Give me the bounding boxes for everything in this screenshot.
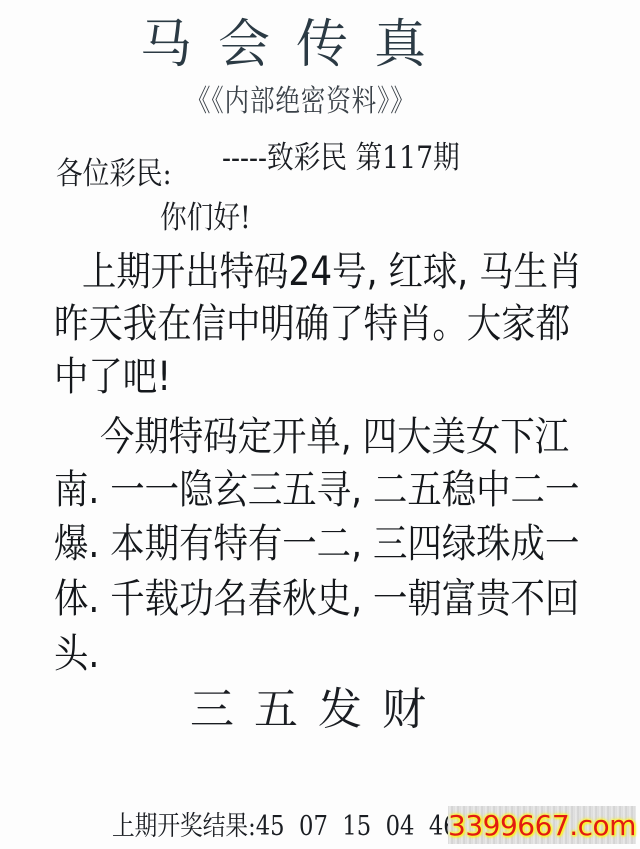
watermark-text: 3399667.com [448, 809, 636, 842]
issue-signature: -----致彩民 第117期 [222, 132, 460, 177]
last-result-label: 上期开奖结果: [112, 811, 256, 842]
body-line: 昨天我在信中明确了特肖。大家都 [54, 292, 570, 349]
slogan: 三五发财 [190, 673, 446, 737]
body-line: 爆. 本期有特有一二, 三四绿珠成一 [54, 512, 579, 569]
body-line: 头. [54, 622, 99, 679]
body-line: 中了吧! [54, 345, 171, 402]
body-line: 体. 千载功名春秋史, 一朝富贵不回 [54, 567, 579, 624]
page-title: 马会传真 [140, 2, 452, 77]
salutation: 各位彩民: [56, 148, 172, 193]
last-result: 上期开奖结果:45 07 15 04 46 [112, 804, 458, 843]
body-line: 今期特码定开单, 四大美女下江 [100, 405, 569, 462]
page-subtitle: 《《内部绝密资料》》 [186, 76, 416, 120]
site-watermark: 3399667.com [448, 806, 636, 844]
body-line: 南. 一一隐玄三五寻, 二五稳中二一 [54, 458, 579, 515]
last-result-numbers: 45 07 15 04 46 [256, 811, 458, 842]
greeting: 你们好! [160, 192, 251, 237]
body-line: 上期开出特码24号, 红球, 马生肖 [82, 240, 582, 297]
